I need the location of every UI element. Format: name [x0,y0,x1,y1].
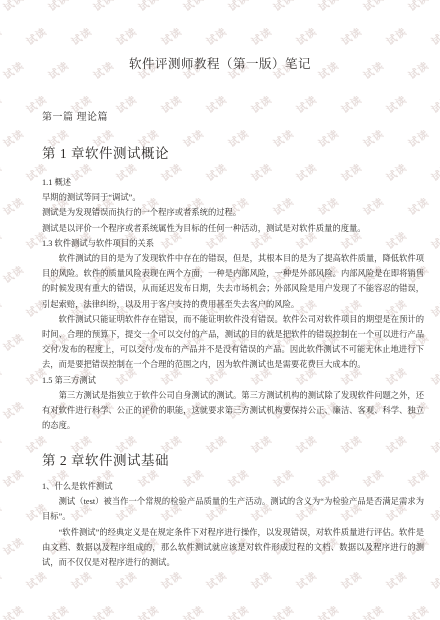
watermark-text: 试读 [135,601,162,620]
watermark-text: 试读 [315,601,342,620]
body-line: 测试是以评价一个程序或者系统属性为目标的任何一种活动，测试是对软件质量的度量。 [42,221,424,236]
watermark-text: 试读 [113,23,140,48]
watermark-text: 试读 [0,397,26,422]
watermark-text: 试读 [383,23,410,48]
chapter2-heading: 第 2 章软件测试基础 [42,449,169,469]
body-line: 早期的测试等同于“调试”。 [42,190,424,205]
watermark-text: 试读 [158,91,185,116]
watermark-text: 试读 [68,567,95,592]
watermark-text: 试读 [203,567,230,592]
watermark-text: 试读 [0,295,4,320]
watermark-text: 试读 [428,227,440,252]
body-paragraph: 软件测试的目的是为了发现软件中存在的错误，但是，其根本目的是为了提高软件质量，降… [42,251,424,312]
watermark-text: 试读 [90,601,117,620]
watermark-text: 试读 [0,91,4,116]
section-heading-1-3: 1.3 软件测试与软件项目的关系 [42,236,424,251]
watermark-text: 试读 [428,431,440,456]
watermark-text: 试读 [113,567,140,592]
watermark-text: 试读 [0,125,26,150]
watermark-text: 试读 [383,91,410,116]
watermark-text: 试读 [0,499,4,524]
watermark-text: 试读 [180,0,207,14]
watermark-text: 试读 [45,601,72,620]
watermark-text: 试读 [315,125,342,150]
watermark-text: 试读 [270,601,297,620]
chapter2-body: 1、什么是软件测试 测试（test）被当作一个常规的检验产品质量的生产活动。测试… [42,479,424,570]
watermark-text: 试读 [23,23,50,48]
section-heading-q1: 1、什么是软件测试 [42,479,424,494]
chapter1-body: 1.1 概述 早期的测试等同于“调试”。 测试是为发现错误而执行的一个程序或者系… [42,175,424,433]
watermark-text: 试读 [225,601,252,620]
watermark-text: 试读 [0,261,26,286]
watermark-text: 试读 [270,0,297,14]
watermark-text: 试读 [293,431,320,456]
watermark-text: 试读 [428,295,440,320]
watermark-text: 试读 [293,91,320,116]
watermark-text: 试读 [405,0,432,14]
watermark-text: 试读 [428,499,440,524]
watermark-text: 试读 [338,431,365,456]
watermark-text: 试读 [248,567,275,592]
watermark-text: 试读 [293,23,320,48]
watermark-text: 试读 [68,23,95,48]
watermark-text: 试读 [0,193,26,218]
watermark-text: 试读 [135,0,162,14]
watermark-text: 试读 [360,601,387,620]
watermark-text: 试读 [360,125,387,150]
watermark-text: 试读 [0,567,4,592]
part-heading: 第一篇 理论篇 [42,108,108,123]
watermark-text: 试读 [158,23,185,48]
watermark-text: 试读 [293,567,320,592]
watermark-text: 试读 [90,0,117,14]
watermark-text: 试读 [315,0,342,14]
watermark-text: 试读 [383,431,410,456]
body-paragraph: 软件测试只能证明软件存在错误，而不能证明软件没有错误。软件公司对软件项目的期望是… [42,312,424,373]
watermark-text: 试读 [248,431,275,456]
watermark-text: 试读 [45,0,72,14]
watermark-text: 试读 [405,125,432,150]
watermark-text: 试读 [428,363,440,388]
watermark-text: 试读 [270,125,297,150]
watermark-text: 试读 [0,431,4,456]
watermark-text: 试读 [405,601,432,620]
watermark-text: 试读 [0,227,4,252]
body-paragraph: “软件测试”的经典定义是在规定条件下对程序进行操作，以发现错误，对软件质量进行评… [42,525,424,571]
watermark-text: 试读 [0,533,26,558]
watermark-text: 试读 [248,91,275,116]
chapter1-heading: 第 1 章软件测试概论 [42,142,169,162]
watermark-text: 试读 [428,23,440,48]
watermark-text: 试读 [23,567,50,592]
watermark-text: 试读 [0,0,26,14]
watermark-text: 试读 [203,431,230,456]
body-paragraph: 测试（test）被当作一个常规的检验产品质量的生产活动。测试的含义为“为检验产品… [42,494,424,524]
watermark-text: 试读 [428,159,440,184]
watermark-text: 试读 [158,567,185,592]
watermark-text: 试读 [225,0,252,14]
watermark-text: 试读 [360,0,387,14]
section-heading-1-5: 1.5 第三方测试 [42,373,424,388]
watermark-text: 试读 [248,23,275,48]
watermark-text: 试读 [0,23,4,48]
watermark-text: 试读 [383,567,410,592]
watermark-text: 试读 [428,91,440,116]
document-page: 试读试读试读试读试读试读试读试读试读试读试读试读试读试读试读试读试读试读试读试读… [0,0,440,620]
watermark-text: 试读 [0,465,26,490]
watermark-text: 试读 [338,91,365,116]
section-heading-1-1: 1.1 概述 [42,175,424,190]
watermark-text: 试读 [0,329,26,354]
watermark-text: 试读 [0,601,26,620]
watermark-text: 试读 [113,91,140,116]
watermark-text: 试读 [203,23,230,48]
doc-title: 软件评测师教程（第一版）笔记 [0,54,440,72]
watermark-text: 试读 [180,125,207,150]
watermark-text: 试读 [0,159,4,184]
watermark-text: 试读 [203,91,230,116]
body-paragraph: 第三方测试是指独立于软件公司自身测试的测试。第三方测试机构的测试除了发现软件问题… [42,388,424,434]
watermark-text: 试读 [338,567,365,592]
watermark-text: 试读 [180,601,207,620]
watermark-text: 试读 [338,23,365,48]
body-line: 测试是为发现错误而执行的一个程序或者系统的过程。 [42,205,424,220]
watermark-text: 试读 [0,363,4,388]
watermark-text: 试读 [428,567,440,592]
watermark-text: 试读 [225,125,252,150]
